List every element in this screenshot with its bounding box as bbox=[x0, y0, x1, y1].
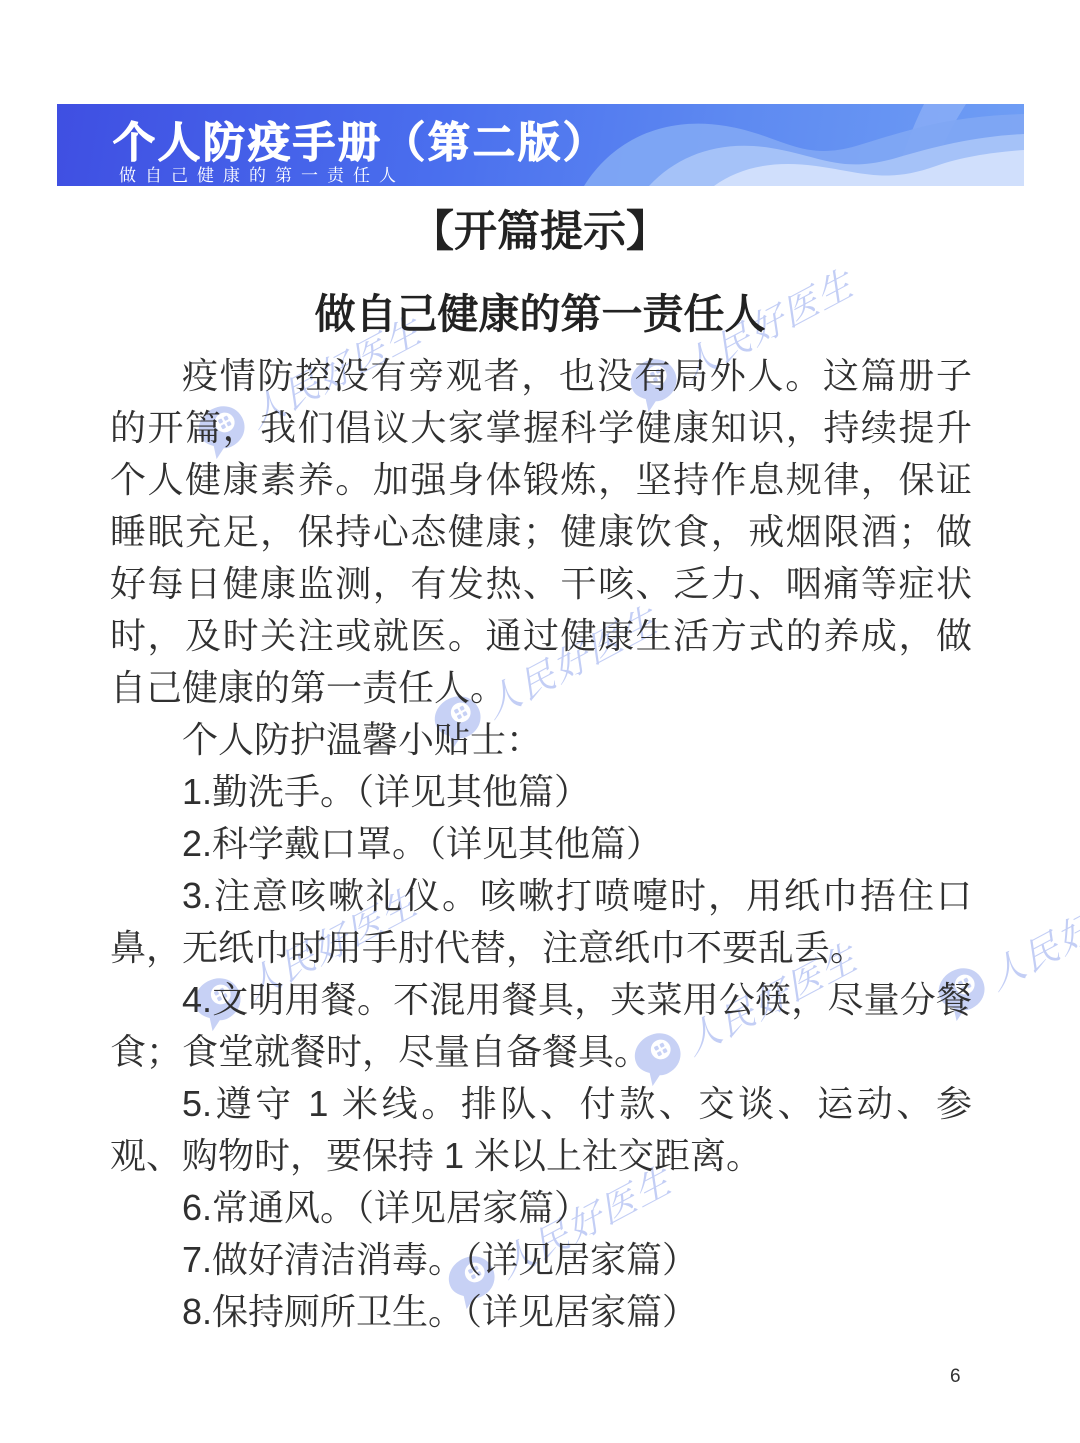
section-heading: 【开篇提示】 bbox=[0, 198, 1080, 259]
intro-paragraph: 疫情防控没有旁观者，也没有局外人。这篇册子的开篇，我们倡议大家掌握科学健康知识，… bbox=[110, 350, 972, 714]
tip-item: 4.文明用餐。不混用餐具，夹菜用公筷，尽量分餐食；食堂就餐时，尽量自备餐具。 bbox=[110, 974, 972, 1078]
tip-item: 8.保持厕所卫生。（详见居家篇） bbox=[110, 1286, 972, 1338]
page-title: 做自己健康的第一责任人 bbox=[0, 281, 1080, 340]
banner-wave-graphic bbox=[554, 104, 1024, 186]
tip-item: 3.注意咳嗽礼仪。咳嗽打喷嚏时，用纸巾捂住口鼻，无纸巾时用手肘代替，注意纸巾不要… bbox=[110, 870, 972, 974]
body-text: 疫情防控没有旁观者，也没有局外人。这篇册子的开篇，我们倡议大家掌握科学健康知识，… bbox=[110, 350, 972, 1338]
tips-heading: 个人防护温馨小贴士： bbox=[110, 714, 972, 766]
header-banner: 个人防疫手册（第二版） 做自己健康的第一责任人 bbox=[57, 104, 1024, 186]
tip-item: 2.科学戴口罩。（详见其他篇） bbox=[110, 818, 972, 870]
tip-item: 7.做好清洁消毒。（详见居家篇） bbox=[110, 1234, 972, 1286]
page-number: 6 bbox=[950, 1366, 961, 1388]
tip-item: 6.常通风。（详见居家篇） bbox=[110, 1182, 972, 1234]
handbook-subtitle: 做自己健康的第一责任人 bbox=[119, 161, 405, 186]
tip-item: 5.遵守 1 米线。排队、付款、交谈、运动、参观、购物时，要保持 1 米以上社交… bbox=[110, 1078, 972, 1182]
watermark-text: 人民好医生 bbox=[981, 863, 1080, 1000]
document-page: 个人防疫手册（第二版） 做自己健康的第一责任人 【开篇提示】 做自己健康的第一责… bbox=[0, 0, 1080, 1443]
tip-item: 1.勤洗手。（详见其他篇） bbox=[110, 766, 972, 818]
